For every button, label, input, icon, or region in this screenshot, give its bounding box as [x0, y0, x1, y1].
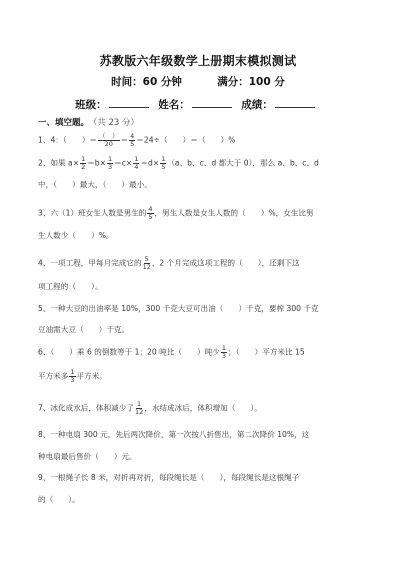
question-6: 6、（ ）乘 6 的倒数等于 1；20 吨比（ ）吨少13；（ ）平方米比 15 [38, 345, 363, 360]
fraction: 45 [129, 133, 135, 148]
score-label: 满分：100 分 [217, 74, 285, 89]
fraction: （ ）20 [98, 133, 120, 148]
grade-label: 成绩： [241, 99, 273, 111]
student-info: 班级： 姓名： 成绩： [0, 96, 396, 112]
question-3: 3、六（1）班女生人数是男生的45，男生人数是女生人数的（ ）%，女生比男 [38, 206, 363, 221]
question-6-line-2: 平方米多13平方米。 [38, 369, 363, 384]
grade-blank[interactable] [275, 96, 315, 108]
exam-page: 苏教版六年级数学上册期末模拟测试 时间：60 分钟 满分：100 分 班级： 姓… [0, 0, 396, 561]
question-3-line-2: 生人数少（ ）%。 [38, 230, 363, 241]
exam-meta: 时间：60 分钟 满分：100 分 [0, 74, 396, 89]
question-8: 8、一种电扇 300 元，先后两次降价，第一次按八折售出，第二次降价 10%，这 [38, 429, 363, 440]
section-points: （共 23 分） [93, 118, 139, 128]
question-1: 1、4：（ ）＝（ ）20＝45＝24÷（ ）＝（ ）% [38, 133, 363, 148]
question-2: 2、如果 a×12＝b×13＝c×14＝d×15（a、b、c、d 都大于 0），… [38, 156, 363, 171]
question-9-line-2: 的（ ）。 [38, 494, 363, 505]
class-blank[interactable] [109, 96, 149, 108]
question-5-line-2: 豆油需大豆（ ）千克。 [38, 324, 363, 335]
question-9: 9、一根绳子长 8 米，对折再对折，每段绳长是（ ），每段绳长是这根绳子 [38, 472, 363, 483]
name-label: 姓名： [158, 99, 190, 111]
question-8-line-2: 种电扇最后售价（ ）元。 [38, 451, 363, 462]
section-heading: 一、填空题。（共 23 分） [38, 116, 139, 128]
name-blank[interactable] [192, 96, 232, 108]
time-label: 时间：60 分钟 [111, 74, 182, 89]
question-4-line-2: 项工程的（ ）。 [38, 281, 363, 292]
question-5: 5、一种大豆的出油率是 10%，300 千克大豆可出油（ ）千克，要榨 300 … [38, 303, 363, 314]
class-label: 班级： [75, 99, 107, 111]
question-2-line-2: 中，（ ）最大，（ ）最小。 [38, 179, 363, 190]
exam-title: 苏教版六年级数学上册期末模拟测试 [0, 52, 396, 69]
question-7: 7、冰化成水后，体积减少了112，水结成冰后，体积增加（ ）。 [38, 401, 363, 416]
question-4: 4、一项工程，甲每月完成它的512，2 个月完成这项工程的（ ），还剩下这 [38, 256, 363, 271]
